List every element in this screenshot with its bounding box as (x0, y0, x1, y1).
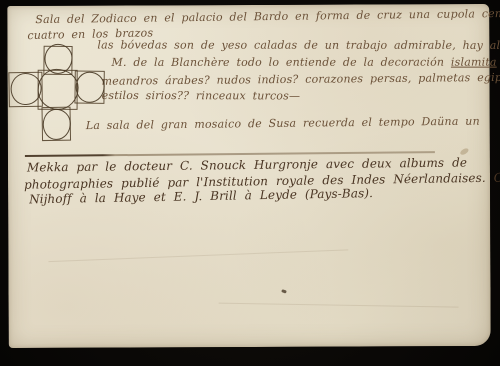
handwritten-line-3: las bóvedas son de yeso caladas de un tr… (97, 38, 500, 51)
paper-crease (48, 249, 348, 262)
handwritten-line-4-underlined-word: islamita (451, 56, 497, 69)
handwritten-line-5: meandros árabes? nudos indios? corazones… (102, 71, 500, 88)
handwritten-line-7: La sala del gran mosaico de Susa recuerd… (86, 115, 480, 132)
handwritten-line-1: Sala del Zodiaco en el palacio del Bardo… (35, 7, 500, 27)
manuscript-paper: Sala del Zodiaco en el palacio del Bardo… (7, 4, 490, 348)
ink-fleck (281, 289, 287, 294)
paper-crease (219, 303, 459, 308)
handwritten-line-4: M. de la Blanchère todo lo entiende de l… (111, 56, 496, 69)
scanned-document-view: Sala del Zodiaco en el palacio del Bardo… (0, 0, 500, 366)
handwritten-line-6: estilos sirios?? rinceaux turcos— (102, 89, 301, 103)
sketch-cross-plan (7, 4, 489, 6)
handwritten-line-4-text: M. de la Blanchère todo lo entiende de l… (111, 56, 450, 69)
